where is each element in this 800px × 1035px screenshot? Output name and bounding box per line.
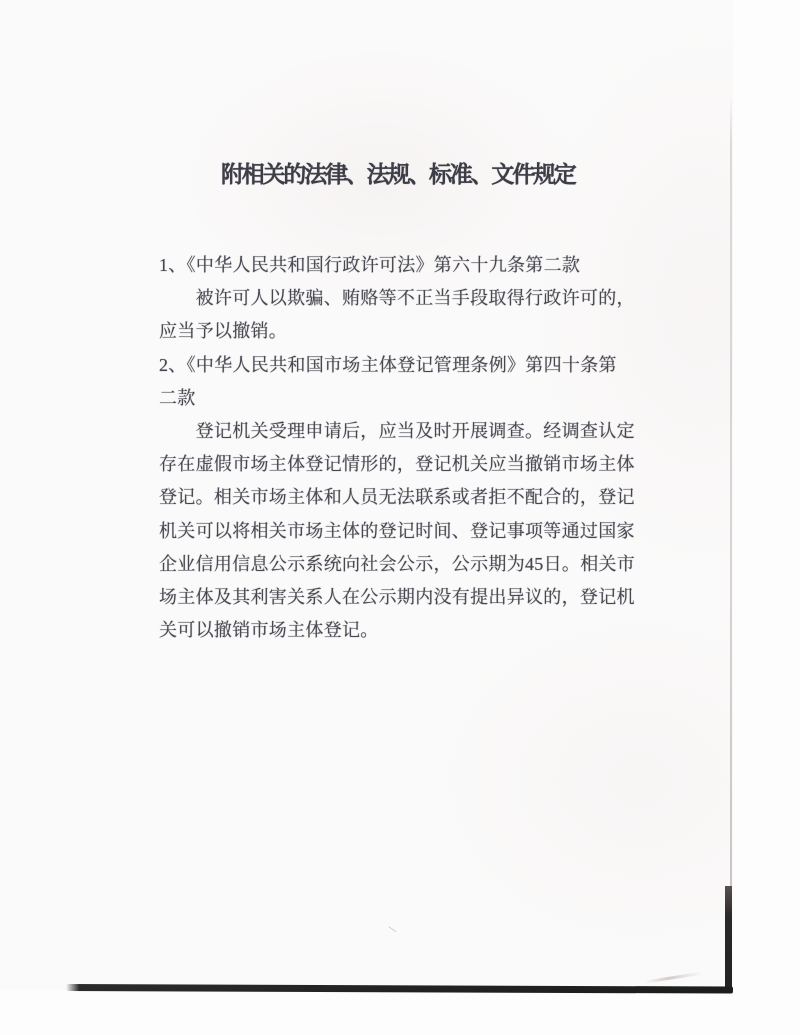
paper-right-edge xyxy=(730,96,732,888)
body-line: 应当予以撤销。 xyxy=(159,315,645,348)
paper-sheet: 附相关的法律、法规、标准、文件规定 1、《中华人民共和国行政许可法》第六十九条第… xyxy=(0,0,733,990)
scan-shadow-bottom-edge xyxy=(66,984,733,994)
body-line: 二款 xyxy=(159,382,645,415)
body-line: 企业信用信息公示系统向社会公示，公示期为45日。相关市 xyxy=(159,548,645,581)
paper-crease-artifact xyxy=(645,971,703,983)
body-line: 存在虚假市场主体登记情形的，登记机关应当撤销市场主体 xyxy=(159,448,645,481)
document-body: 1、《中华人民共和国行政许可法》第六十九条第二款 被许可人以欺骗、贿赂等不正当手… xyxy=(159,249,645,647)
scanned-document-page: 附相关的法律、法规、标准、文件规定 1、《中华人民共和国行政许可法》第六十九条第… xyxy=(0,0,800,1035)
body-line: 机关可以将相关市场主体的登记时间、登记事项等通过国家 xyxy=(159,515,645,548)
body-line: 场主体及其利害关系人在公示期内没有提出异议的，登记机 xyxy=(159,581,645,614)
body-line: 2、《中华人民共和国市场主体登记管理条例》第四十条第 xyxy=(159,349,645,382)
body-line: 登记。相关市场主体和人员无法联系或者拒不配合的，登记 xyxy=(159,481,645,514)
document-title: 附相关的法律、法规、标准、文件规定 xyxy=(221,156,575,189)
body-line: 登记机关受理申请后，应当及时开展调查。经调查认定 xyxy=(159,415,645,448)
scan-speck-artifact xyxy=(380,926,396,937)
scan-shadow-right-edge xyxy=(725,886,732,989)
body-line: 被许可人以欺骗、贿赂等不正当手段取得行政许可的， xyxy=(159,282,645,315)
body-line: 关可以撤销市场主体登记。 xyxy=(159,614,645,647)
body-line: 1、《中华人民共和国行政许可法》第六十九条第二款 xyxy=(159,249,645,282)
